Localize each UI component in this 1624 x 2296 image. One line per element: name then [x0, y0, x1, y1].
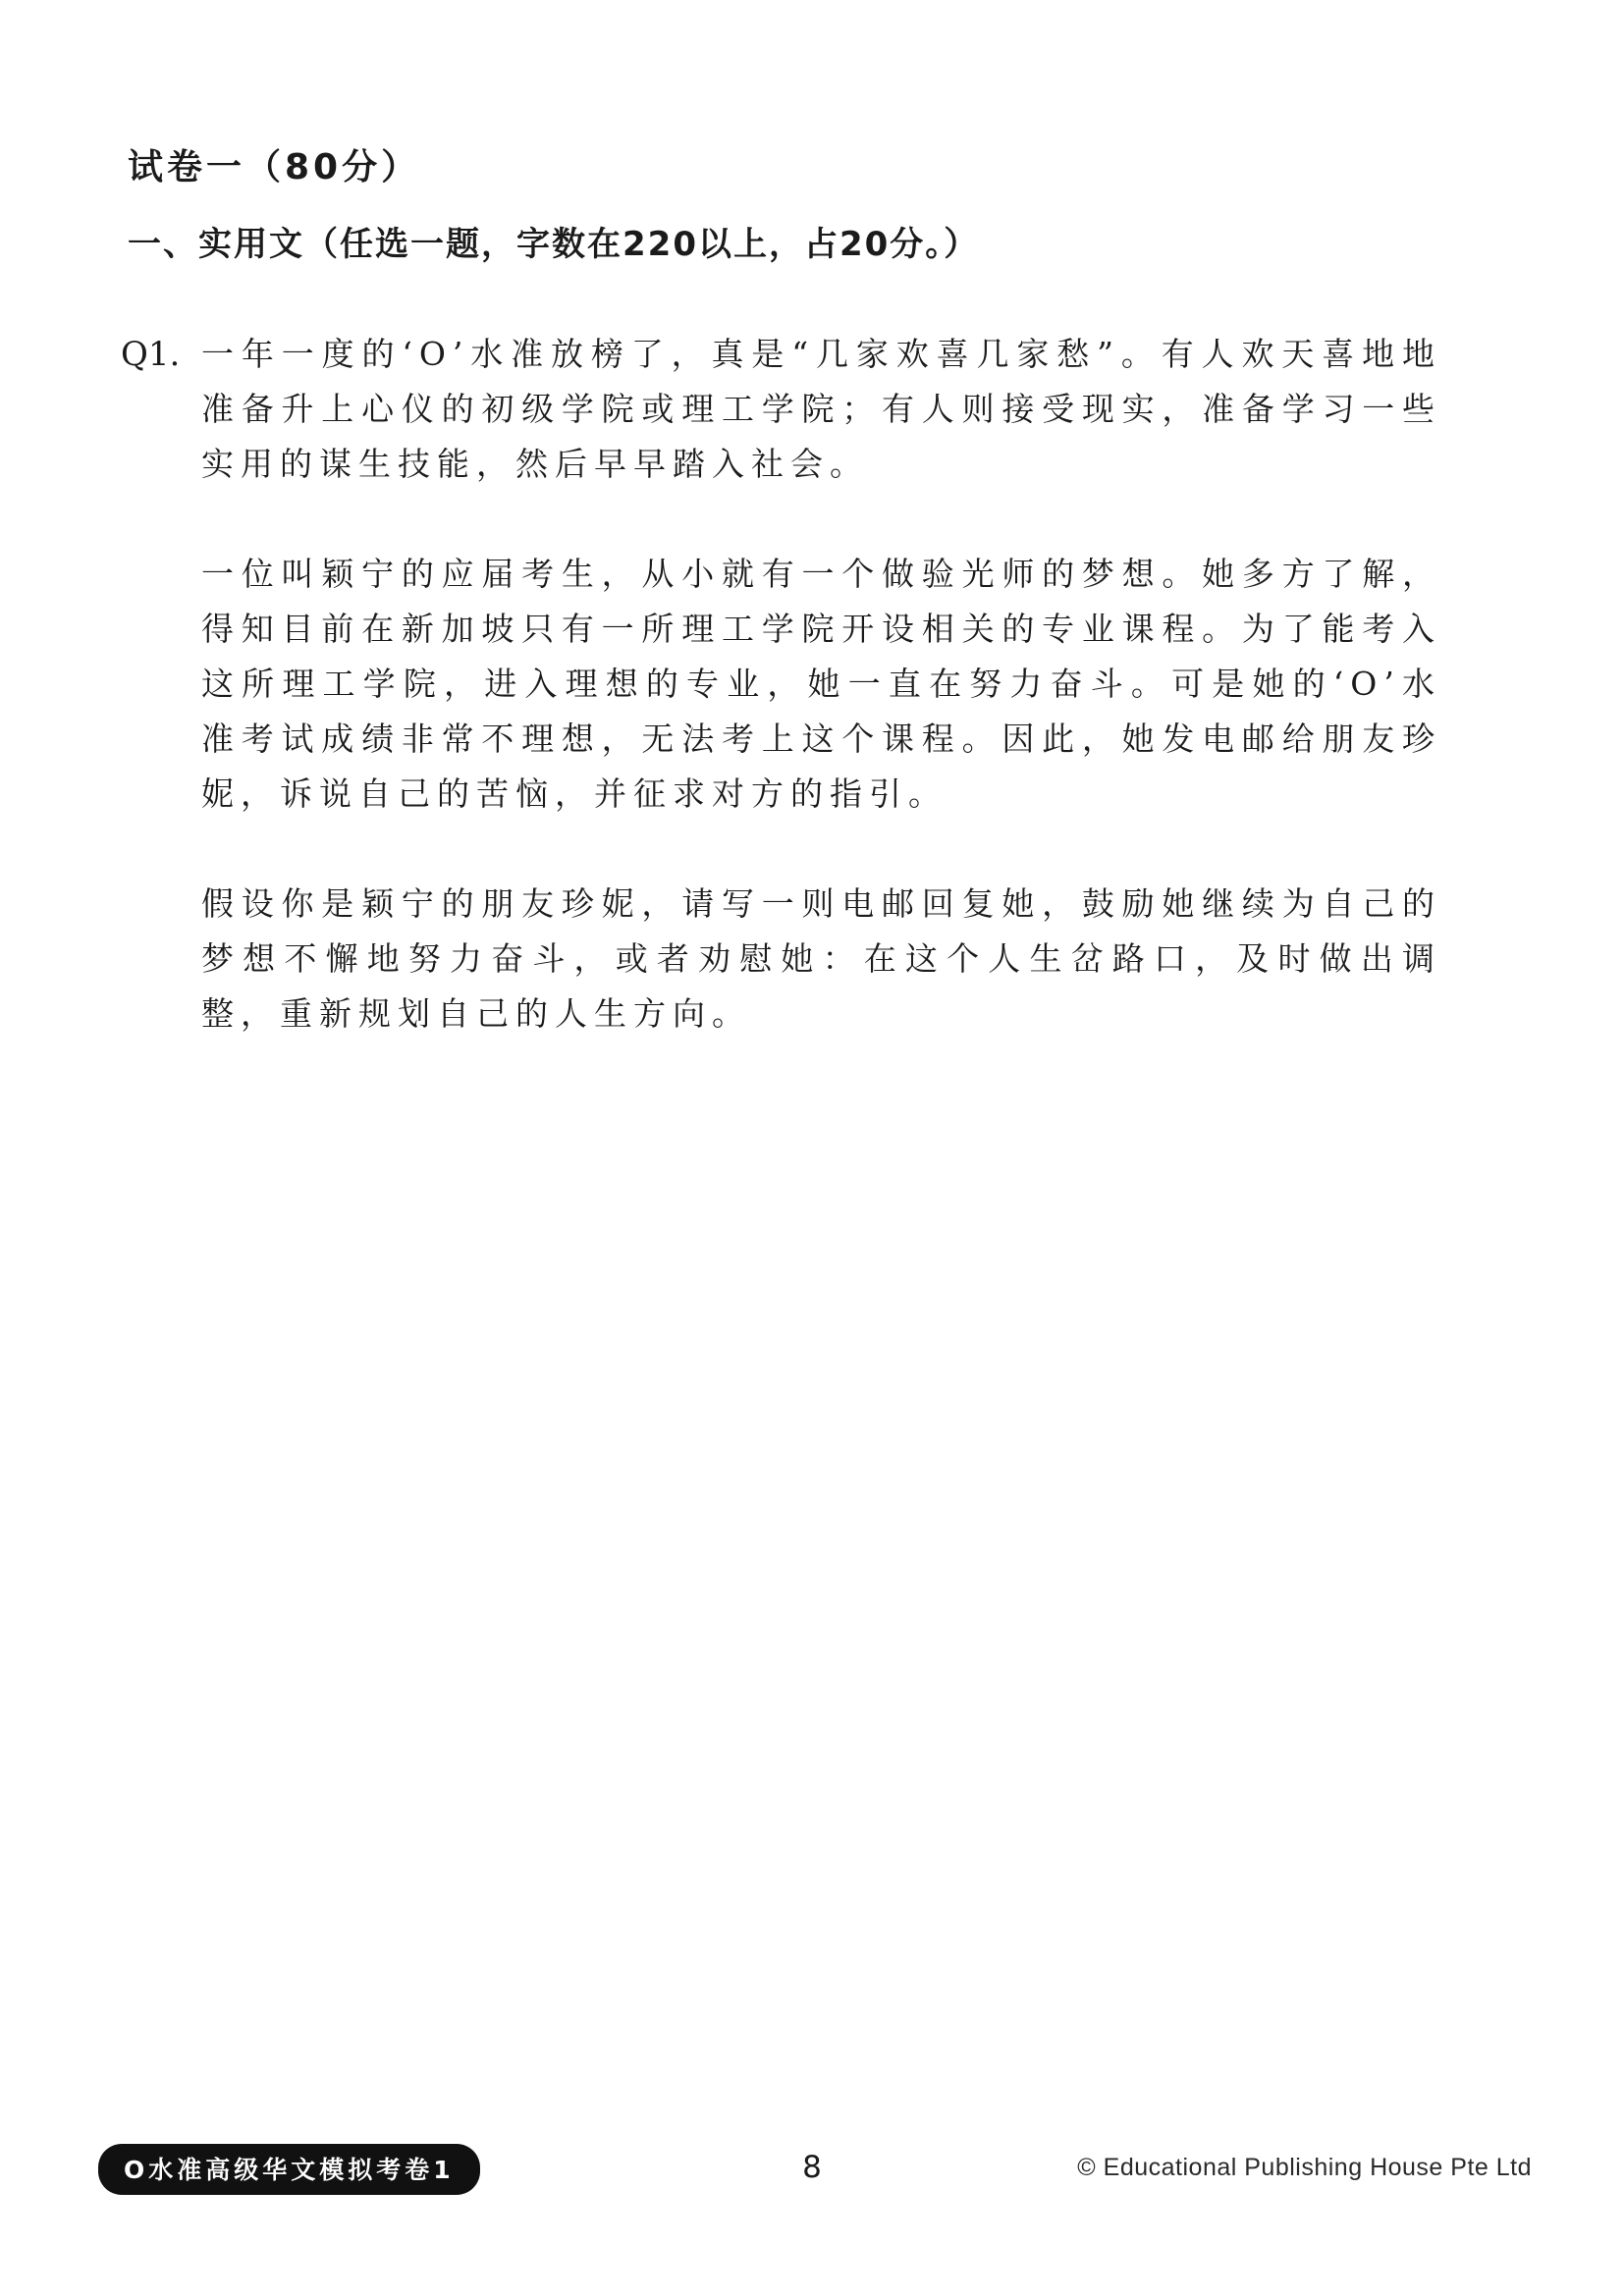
exam-paper-page: 试卷一（80分） 一、实用文（任选一题，字数在220以上，占20分。） Q1. …	[0, 0, 1624, 2296]
section-heading: 一、实用文（任选一题，字数在220以上，占20分。）	[128, 217, 979, 265]
question-q1: Q1. 一年一度的‘O’水准放榜了，真是“几家欢喜几家愁”。有人欢天喜地地准备升…	[121, 327, 1441, 1041]
paper-title: 试卷一（80分）	[128, 139, 420, 189]
question-paragraph-3: 假设你是颖宁的朋友珍妮，请写一则电邮回复她，鼓励她继续为自己的梦想不懈地努力奋斗…	[201, 877, 1441, 1041]
copyright-notice: © Educational Publishing House Pte Ltd	[1077, 2154, 1532, 2182]
question-paragraph-1: 一年一度的‘O’水准放榜了，真是“几家欢喜几家愁”。有人欢天喜地地准备升上心仪的…	[201, 327, 1441, 492]
page-footer: O水准高级华文模拟考卷1 8 © Educational Publishing …	[0, 2144, 1624, 2195]
question-number: Q1.	[121, 327, 201, 382]
question-paragraph-2: 一位叫颖宁的应届考生，从小就有一个做验光师的梦想。她多方了解，得知目前在新加坡只…	[201, 547, 1441, 822]
question-body: 一年一度的‘O’水准放榜了，真是“几家欢喜几家愁”。有人欢天喜地地准备升上心仪的…	[201, 327, 1441, 1041]
